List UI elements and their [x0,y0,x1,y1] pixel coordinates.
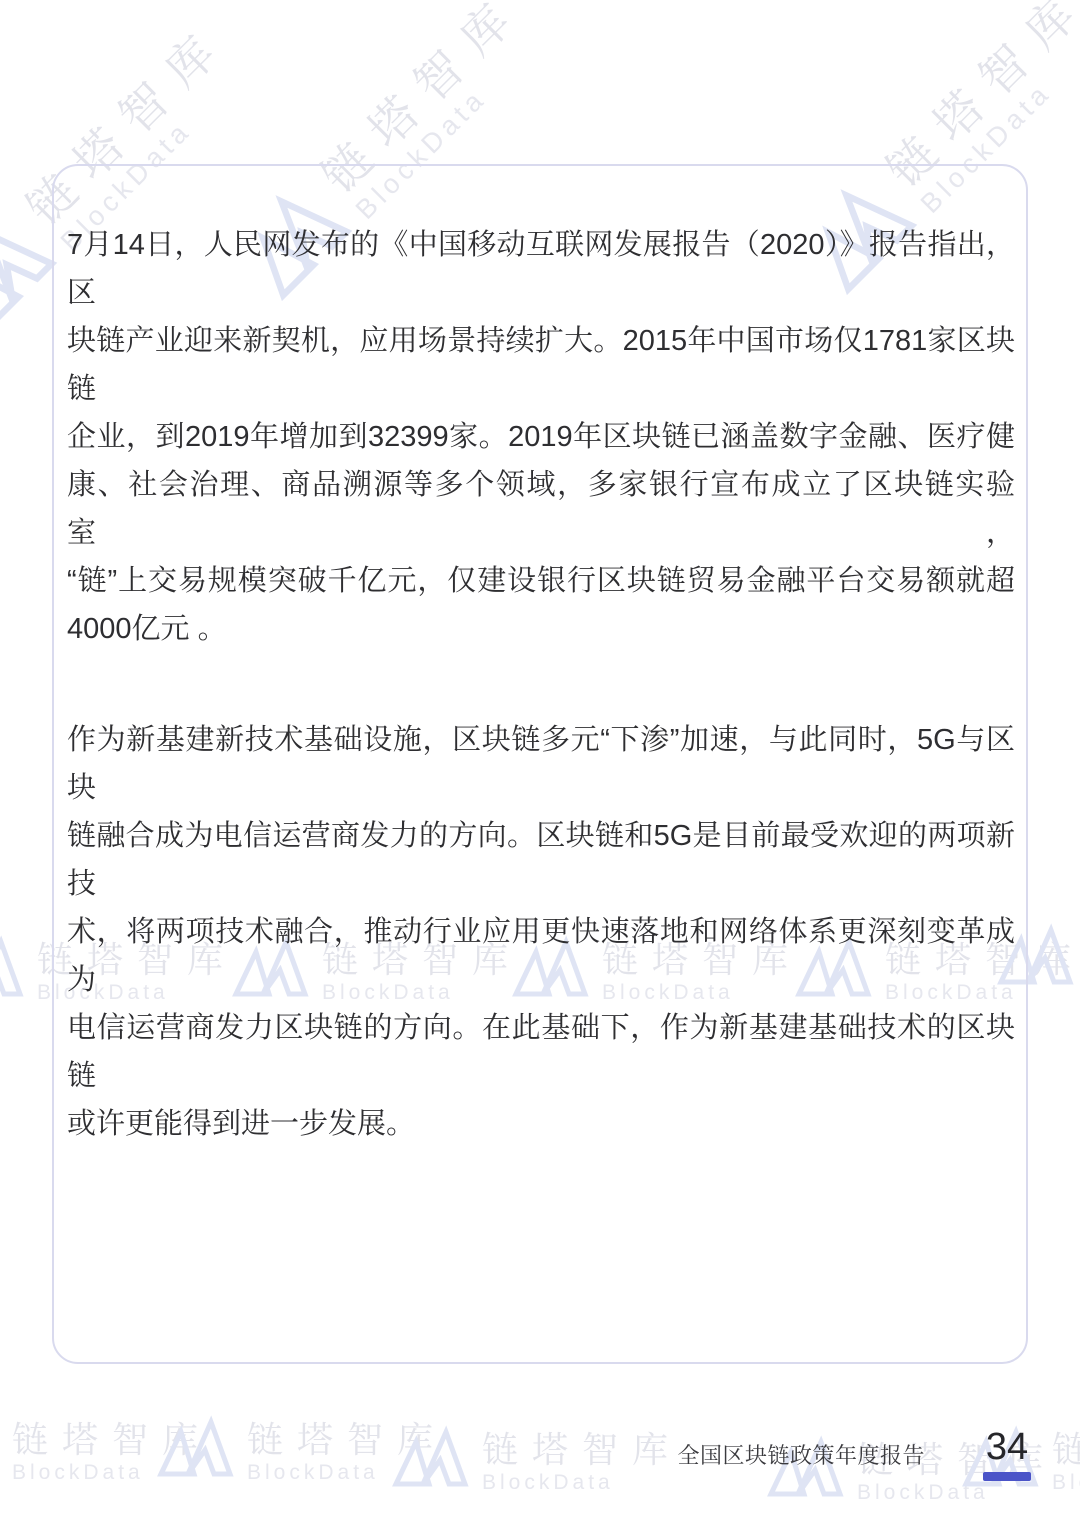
text-line: 7月14日，人民网发布的《中国移动互联网发展报告（2020）》报告指出，区 [67,221,1015,317]
text-line: 作为新基建新技术基础设施，区块链多元“下渗”加速，与此同时，5G与区块 [67,716,1015,812]
text-line: 电信运营商发力区块链的方向。在此基础下，作为新基建基础技术的区块链 [67,1004,1015,1100]
watermark-en-text: BlockData [1052,1471,1080,1495]
blockdata-logo-icon [155,1410,235,1495]
watermark-en-text: BlockData [247,1461,447,1485]
watermark-cn-text: 链塔智库 [247,1419,447,1460]
watermark-unit: 链塔智库 BlockData [390,1414,700,1510]
watermark-cn-text: 链塔智库 [12,1419,212,1460]
text-line: 或许更能得到进一步发展。 [67,1100,1015,1148]
watermark-en-text: BlockData [857,1481,1057,1505]
text-line: 链融合成为电信运营商发力的方向。区块链和5G是目前最受欢迎的两项新技 [67,812,1015,908]
text-line: 术，将两项技术融合，推动行业应用更快速落地和网络体系更深刻变革成为 [67,908,1015,1004]
page-number-accent-bar [983,1472,1031,1481]
paragraph: 7月14日，人民网发布的《中国移动互联网发展报告（2020）》报告指出，区块链产… [67,221,1015,653]
text-line: 块链产业迎来新契机，应用场景持续扩大。2015年中国市场仅1781家区块链 [67,317,1015,413]
watermark-unit: 链塔智库 BlockData [155,1404,465,1500]
page-number: 34 [986,1428,1028,1466]
text-line: 康、社会治理、商品溯源等多个领域，多家银行宣布成立了区块链实验室， [67,461,1015,557]
page-indicator: 34 [983,1428,1031,1481]
watermark-cn-text: 链塔智库 [482,1429,682,1470]
watermark-en-text: BlockData [12,1461,212,1485]
watermark-cn-text: 链塔智库 [1052,1429,1080,1470]
paragraph: 作为新基建新技术基础设施，区块链多元“下渗”加速，与此同时，5G与区块链融合成为… [67,716,1015,1148]
report-body: 7月14日，人民网发布的《中国移动互联网发展报告（2020）》报告指出，区块链产… [67,221,1015,1148]
blockdata-logo-icon [390,1420,470,1505]
report-page: 链塔智库 BlockData 链塔智库 BlockData [0,0,1080,1526]
text-line: 4000亿元 。 [67,605,1015,653]
watermark-en-text: BlockData [482,1471,682,1495]
text-line: 企业，到2019年增加到32399家。2019年区块链已涵盖数字金融、医疗健 [67,413,1015,461]
report-title: 全国区块链政策年度报告 [677,1439,925,1470]
blockdata-logo-icon [0,930,25,1015]
watermark-unit: 链塔智库 BlockData [0,1404,230,1500]
text-line: “链”上交易规模突破千亿元，仅建设银行区块链贸易金融平台交易额就超 [67,557,1015,605]
page-footer: 全国区块链政策年度报告 34 [677,1428,1031,1481]
